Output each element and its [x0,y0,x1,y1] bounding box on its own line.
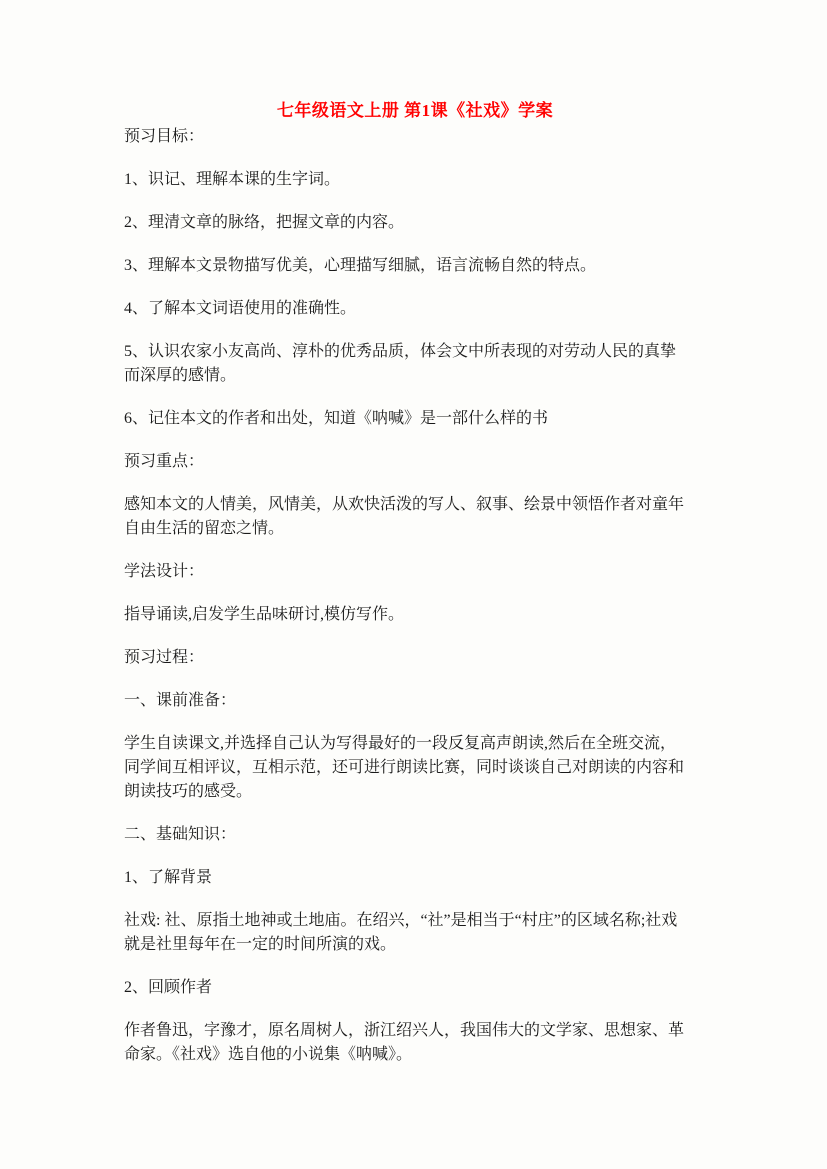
paragraph: 一、课前准备： [124,689,688,713]
paragraph: 2、理清文章的脉络，把握文章的内容。 [124,211,688,235]
paragraph: 预习目标： [124,125,688,149]
paragraph: 6、记住本文的作者和出处，知道《呐喊》是一部什么样的书 [124,407,688,431]
paragraph: 预习重点： [124,450,688,474]
paragraph: 感知本文的人情美，风情美，从欢快活泼的写人、叙事、绘景中领悟作者对童年自由生活的… [124,493,688,541]
paragraph: 作者鲁迅，字豫才，原名周树人，浙江绍兴人，我国伟大的文学家、思想家、革命家。《社… [124,1019,688,1067]
paragraph: 3、理解本文景物描写优美，心理描写细腻，语言流畅自然的特点。 [124,254,688,278]
paragraph: 1、识记、理解本课的生字词。 [124,168,688,192]
paragraph: 预习过程： [124,646,688,670]
paragraph: 指导诵读,启发学生品味研讨,模仿写作。 [124,603,688,627]
document-body: 预习目标：1、识记、理解本课的生字词。2、理清文章的脉络，把握文章的内容。3、理… [124,125,688,1067]
paragraph: 4、了解本文词语使用的准确性。 [124,297,688,321]
paragraph: 2、回顾作者 [124,976,688,1000]
paragraph: 二、基础知识： [124,823,688,847]
paragraph: 社戏: 社、原指土地神或土地庙。在绍兴，“社”是相当于“村庄”的区域名称;社戏就… [124,909,688,957]
paragraph: 1、了解背景 [124,866,688,890]
document-page: 七年级语文上册 第1课《社戏》学案 预习目标：1、识记、理解本课的生字词。2、理… [0,0,827,1169]
paragraph: 学生自读课文,并选择自己认为写得最好的一段反复高声朗读,然后在全班交流，同学间互… [124,732,688,804]
document-title: 七年级语文上册 第1课《社戏》学案 [124,99,706,123]
paragraph: 学法设计： [124,560,688,584]
paragraph: 5、认识农家小友高尚、淳朴的优秀品质，体会文中所表现的对劳动人民的真挚而深厚的感… [124,340,688,388]
